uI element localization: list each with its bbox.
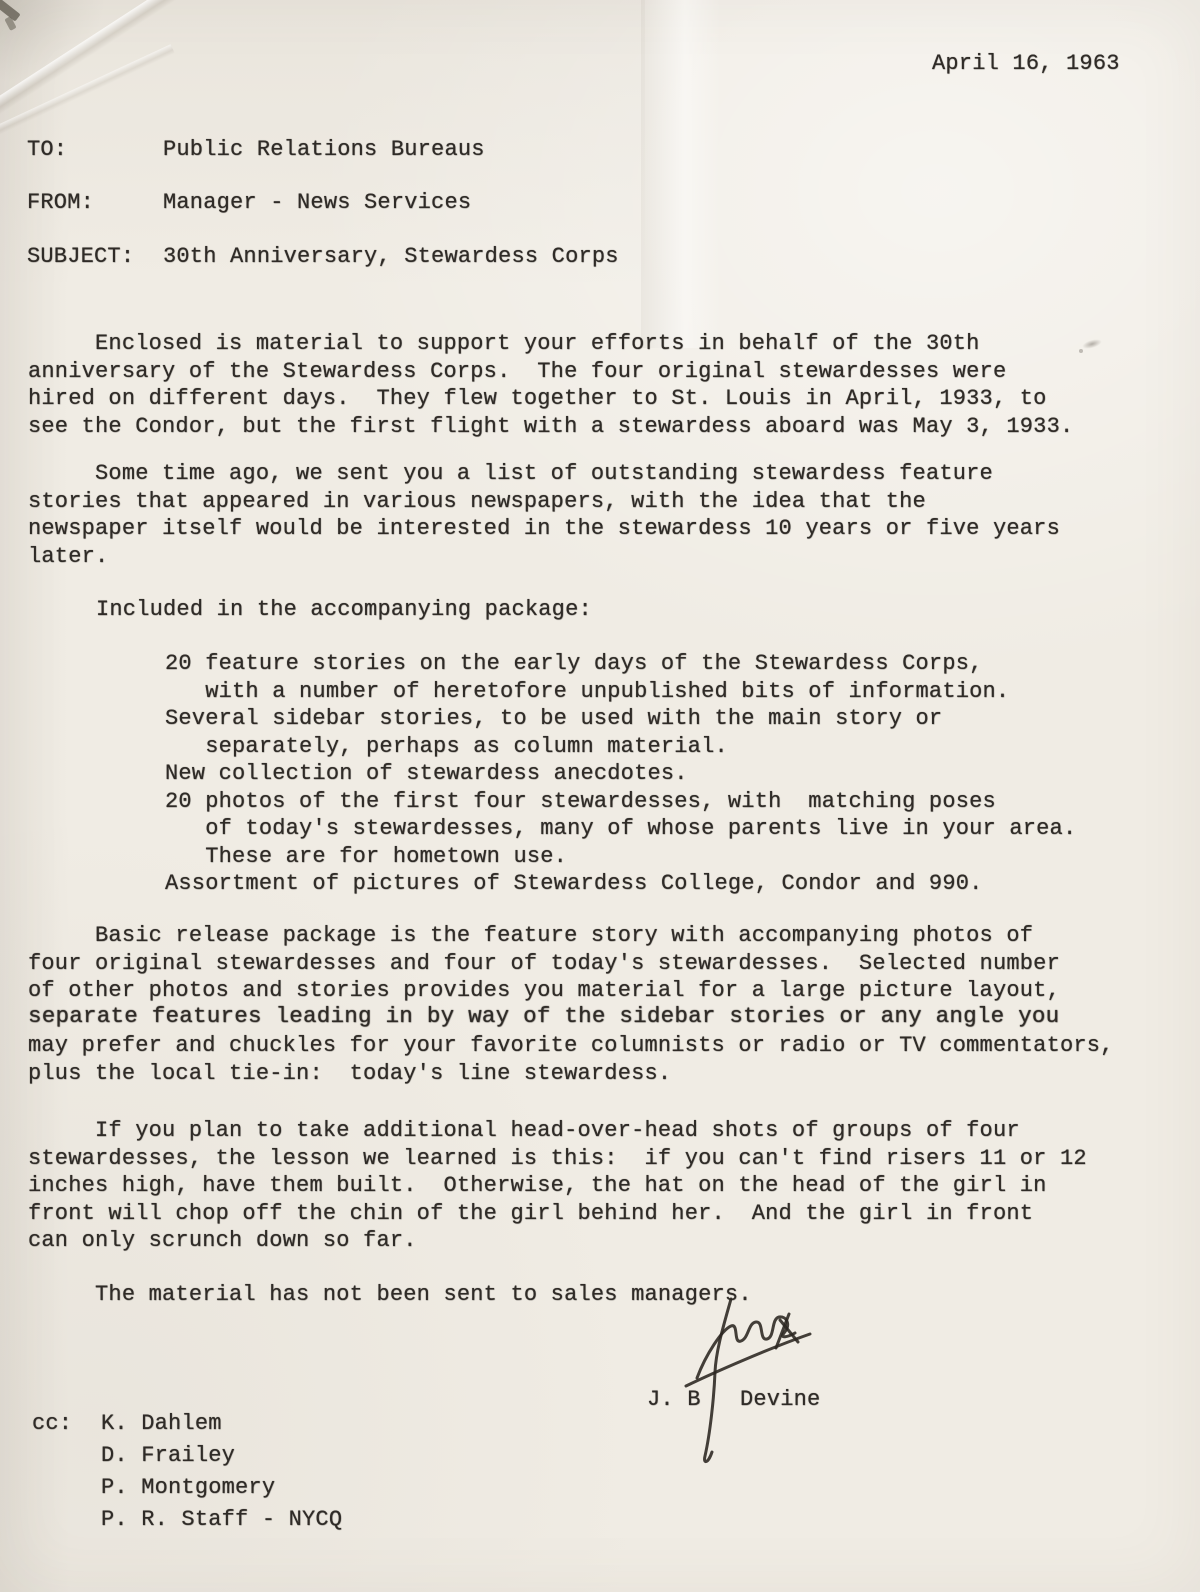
- paragraph-basic-release-cont: may prefer and chuckles for your favorit…: [28, 1032, 1114, 1087]
- paper-fold-seam: [641, 0, 721, 348]
- subject-label: SUBJECT:: [27, 243, 134, 271]
- subject-value: 30th Anniversary, Stewardess Corps: [163, 243, 619, 271]
- cc-label: cc:: [32, 1408, 72, 1440]
- paragraph-basic-release: Basic release package is the feature sto…: [28, 922, 1060, 1005]
- to-value: Public Relations Bureaus: [163, 136, 485, 164]
- from-label: FROM:: [27, 189, 94, 217]
- ink-smudge: [1081, 337, 1102, 350]
- paragraph-head-over-head: If you plan to take additional head-over…: [28, 1117, 1087, 1255]
- signature-stroke: [705, 1299, 731, 1462]
- signature-name-surname: Devine: [740, 1386, 820, 1414]
- paragraph-some-time-ago: Some time ago, we sent you a list of out…: [28, 460, 1060, 570]
- package-heading: Included in the accompanying package:: [96, 596, 592, 624]
- memo-date: April 16, 1963: [932, 50, 1120, 78]
- signature-name-initials: J. B: [647, 1386, 701, 1414]
- from-value: Manager - News Services: [163, 189, 471, 217]
- paragraph-enclosed: Enclosed is material to support your eff…: [28, 330, 1073, 440]
- ink-smudge-dot: [1079, 349, 1083, 353]
- signature-stroke: [697, 1317, 795, 1378]
- package-list: 20 feature stories on the early days of …: [165, 650, 1076, 898]
- signature-scribble: [640, 1288, 840, 1473]
- memo-sheet: April 16, 1963 TO: Public Relations Bure…: [0, 0, 1200, 1592]
- cc-list: K. Dahlem D. Frailey P. Montgomery P. R.…: [101, 1408, 342, 1536]
- to-label: TO:: [27, 136, 67, 164]
- paragraph-basic-release-heavy-line: separate features leading in by way of t…: [28, 1003, 1059, 1031]
